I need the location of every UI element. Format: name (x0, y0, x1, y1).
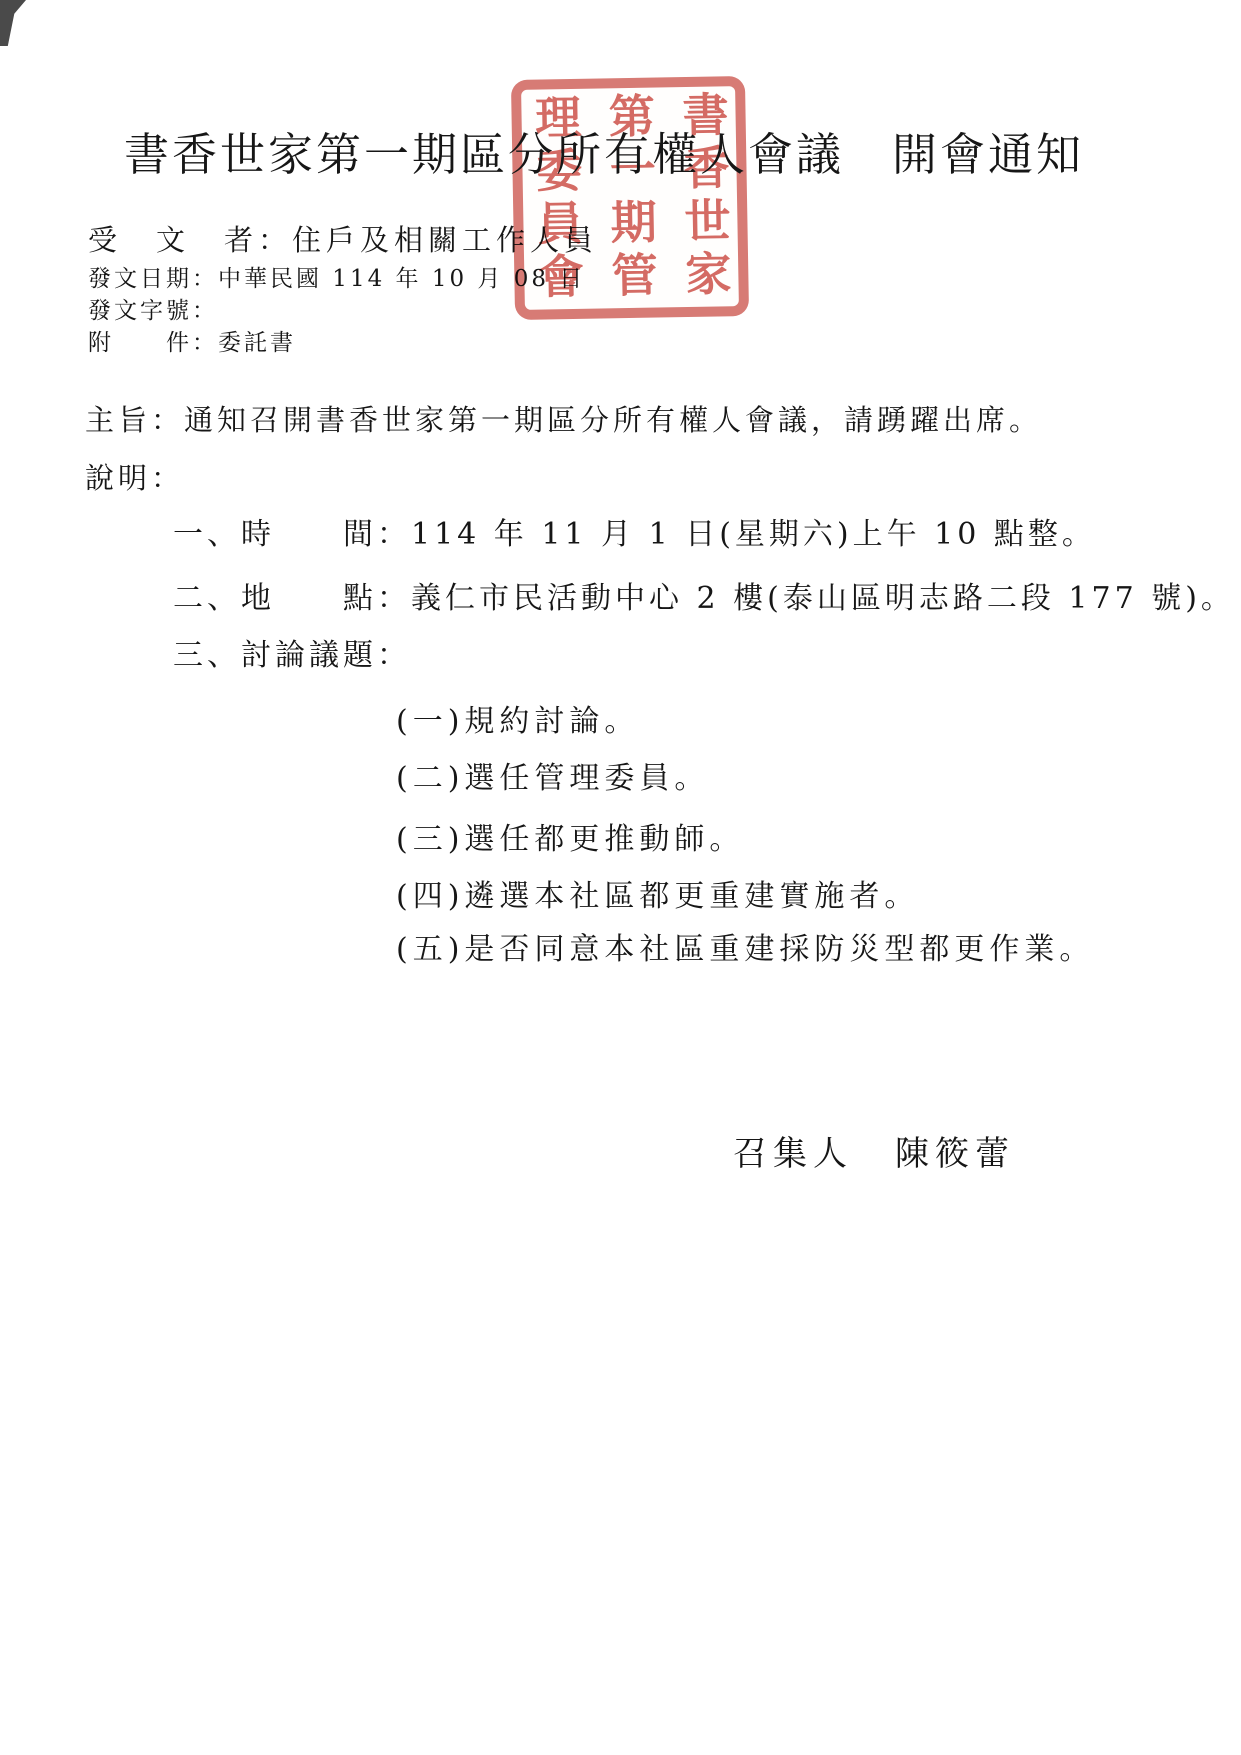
description-heading: 說明： (85, 456, 184, 497)
reference-number-label: 發文字號： (88, 298, 218, 324)
convener-role: 召集人 (733, 1134, 853, 1174)
subject-text: 通知召開書香世家第一期區分所有權人會議，請踴躍出席。 (184, 403, 1042, 437)
issue-date-label: 發文日期： (88, 266, 218, 292)
reference-number-line: 發文字號： (88, 292, 218, 325)
committee-seal: 書香世家 第一期管 理委員會 (511, 76, 749, 320)
agenda-topic-4: (四)遴選本社區都更重建實施者。 (396, 871, 919, 915)
agenda-topic-5: (五)是否同意本社區重建採防災型都更作業。 (396, 924, 1094, 968)
meeting-notice-page: 書香世家 第一期管 理委員會 書香世家第一期區分所有權人會議 開會通知 受 文 … (0, 0, 1241, 1755)
agenda-topic-2: (二)選任管理委員。 (396, 753, 709, 797)
scan-corner-artifact (0, 0, 26, 46)
attachment-label: 附 件： (88, 330, 218, 356)
document-title: 書香世家第一期區分所有權人會議 開會通知 (124, 118, 1084, 183)
issue-date-line: 發文日期：中華民國 114 年 10 月 08 日 (88, 260, 585, 293)
signature-line: 召集人陳筱蕾 (733, 1126, 1015, 1175)
item-agenda-heading: 三、討論議題： (173, 630, 411, 674)
convener-name: 陳筱蕾 (895, 1134, 1015, 1174)
agenda-topic-1: (一)規約討論。 (396, 696, 639, 740)
recipient-label: 受 文 者： (88, 223, 292, 257)
item-time: 一、時 間：114 年 11 月 1 日(星期六)上午 10 點整。 (173, 509, 1096, 553)
attachment-line: 附 件：委託書 (88, 324, 296, 357)
subject-line: 主旨：通知召開書香世家第一期區分所有權人會議，請踴躍出席。 (85, 398, 1042, 439)
attachment-value: 委託書 (218, 330, 296, 356)
item-location: 二、地 點：義仁市民活動中心 2 樓(泰山區明志路二段 177 號)。 (173, 573, 1235, 617)
agenda-topic-3: (三)選任都更推動師。 (396, 814, 744, 858)
subject-label: 主旨： (85, 403, 184, 437)
